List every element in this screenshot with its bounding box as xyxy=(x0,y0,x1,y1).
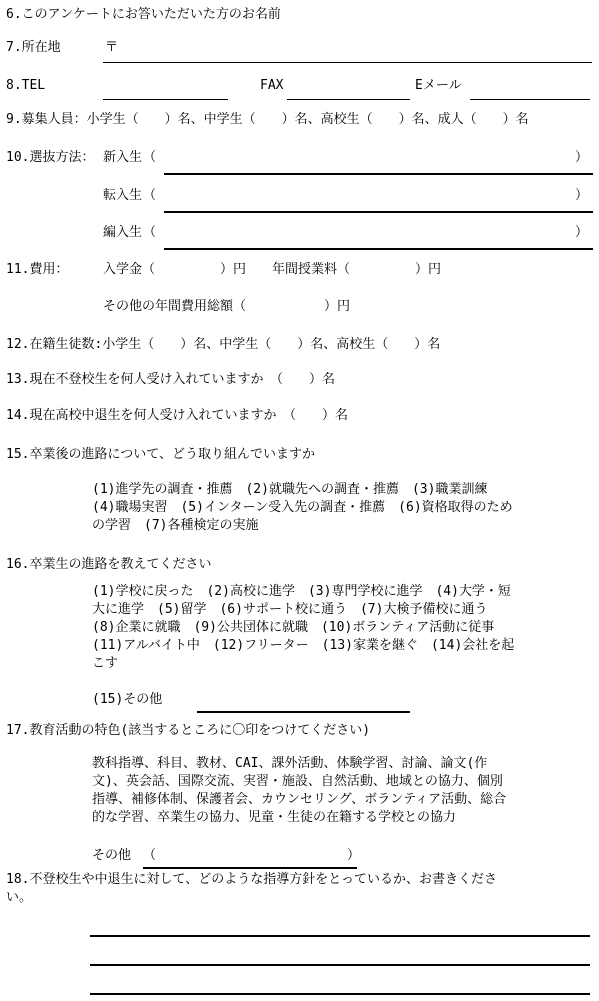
q18-answer-line-1 xyxy=(90,935,590,937)
close-paren: ） xyxy=(575,225,588,240)
q7-label: 7.所在地 xyxy=(6,40,61,55)
q10-readmitted-student-answer-line xyxy=(164,248,593,250)
postal-mark-icon: 〒 xyxy=(105,40,118,55)
q8-tel-label: 8.TEL xyxy=(6,78,45,93)
open-paren: （ xyxy=(143,150,156,165)
q10-row-label: 新入生 xyxy=(103,150,142,165)
q17-other-label: その他 xyxy=(92,848,131,863)
q12-label: 12.在籍生徒数:小学生（ ）名、中学生（ ）名、高校生（ ）名 xyxy=(6,337,440,352)
q11-other-fees-line: その他の年間費用総額（ ）円 xyxy=(103,299,350,314)
q17-other-answer-line xyxy=(143,867,357,869)
q17-options: 教科指導、科目、教材、CAI、課外活動、体験学習、討論、論文(作 文)、英会話、… xyxy=(92,755,506,827)
close-paren: ） xyxy=(347,848,360,863)
q16-label: 16.卒業生の進路を教えてください xyxy=(6,557,211,572)
q10-row-label: 転入生 xyxy=(103,188,142,203)
questionnaire-page: 6.このアンケートにお答いただいた方のお名前 7.所在地 〒 8.TEL FAX… xyxy=(0,0,599,1001)
q8-fax-answer-line xyxy=(287,99,410,100)
q8-fax-label: FAX xyxy=(260,78,283,93)
q11-label: 11.費用： xyxy=(6,262,68,277)
q15-options: (1)進学先の調査・推薦 (2)就職先への調査・推薦 (3)職業訓練 (4)職場… xyxy=(92,481,513,535)
q17-label: 17.教育活動の特色(該当するところに〇印をつけてください) xyxy=(6,723,370,738)
q8-email-label: Eメール xyxy=(415,78,462,93)
q16-options: (1)学校に戻った (2)高校に進学 (3)専門学校に進学 (4)大学・短 大に… xyxy=(92,583,514,673)
open-paren: （ xyxy=(143,188,156,203)
q9-label: 9.募集人員：小学生（ ）名、中学生（ ）名、高校生（ ）名、成人（ ）名 xyxy=(6,112,529,127)
q14-label: 14.現在高校中退生を何人受け入れていますか （ ）名 xyxy=(6,408,348,423)
q15-label: 15.卒業後の進路について、どう取り組んでいますか xyxy=(6,447,315,462)
q10-row-label: 編入生 xyxy=(103,225,142,240)
q18-answer-line-2 xyxy=(90,964,590,966)
close-paren: ） xyxy=(575,150,588,165)
q6-label: 6.このアンケートにお答いただいた方のお名前 xyxy=(6,7,281,22)
close-paren: ） xyxy=(575,188,588,203)
q8-tel-answer-line xyxy=(103,99,228,100)
q10-transfer-student-answer-line xyxy=(164,211,593,213)
q7-answer-line xyxy=(103,62,592,63)
q11-fees-line: 入学金（ ）円 年間授業料（ ）円 xyxy=(103,262,441,277)
q18-answer-line-3 xyxy=(90,993,590,995)
q16-other-label: (15)その他 xyxy=(92,692,162,707)
q10-label: 10.選抜方法： xyxy=(6,150,94,165)
open-paren: （ xyxy=(143,848,156,863)
q13-label: 13.現在不登校生を何人受け入れていますか （ ）名 xyxy=(6,372,335,387)
q16-other-answer-line xyxy=(197,711,410,713)
open-paren: （ xyxy=(143,225,156,240)
q8-email-answer-line xyxy=(470,99,590,100)
q10-new-student-answer-line xyxy=(164,173,593,175)
q18-label: 18.不登校生や中退生に対して、どのような指導方針をとっているか、お書きくださ … xyxy=(6,871,497,907)
